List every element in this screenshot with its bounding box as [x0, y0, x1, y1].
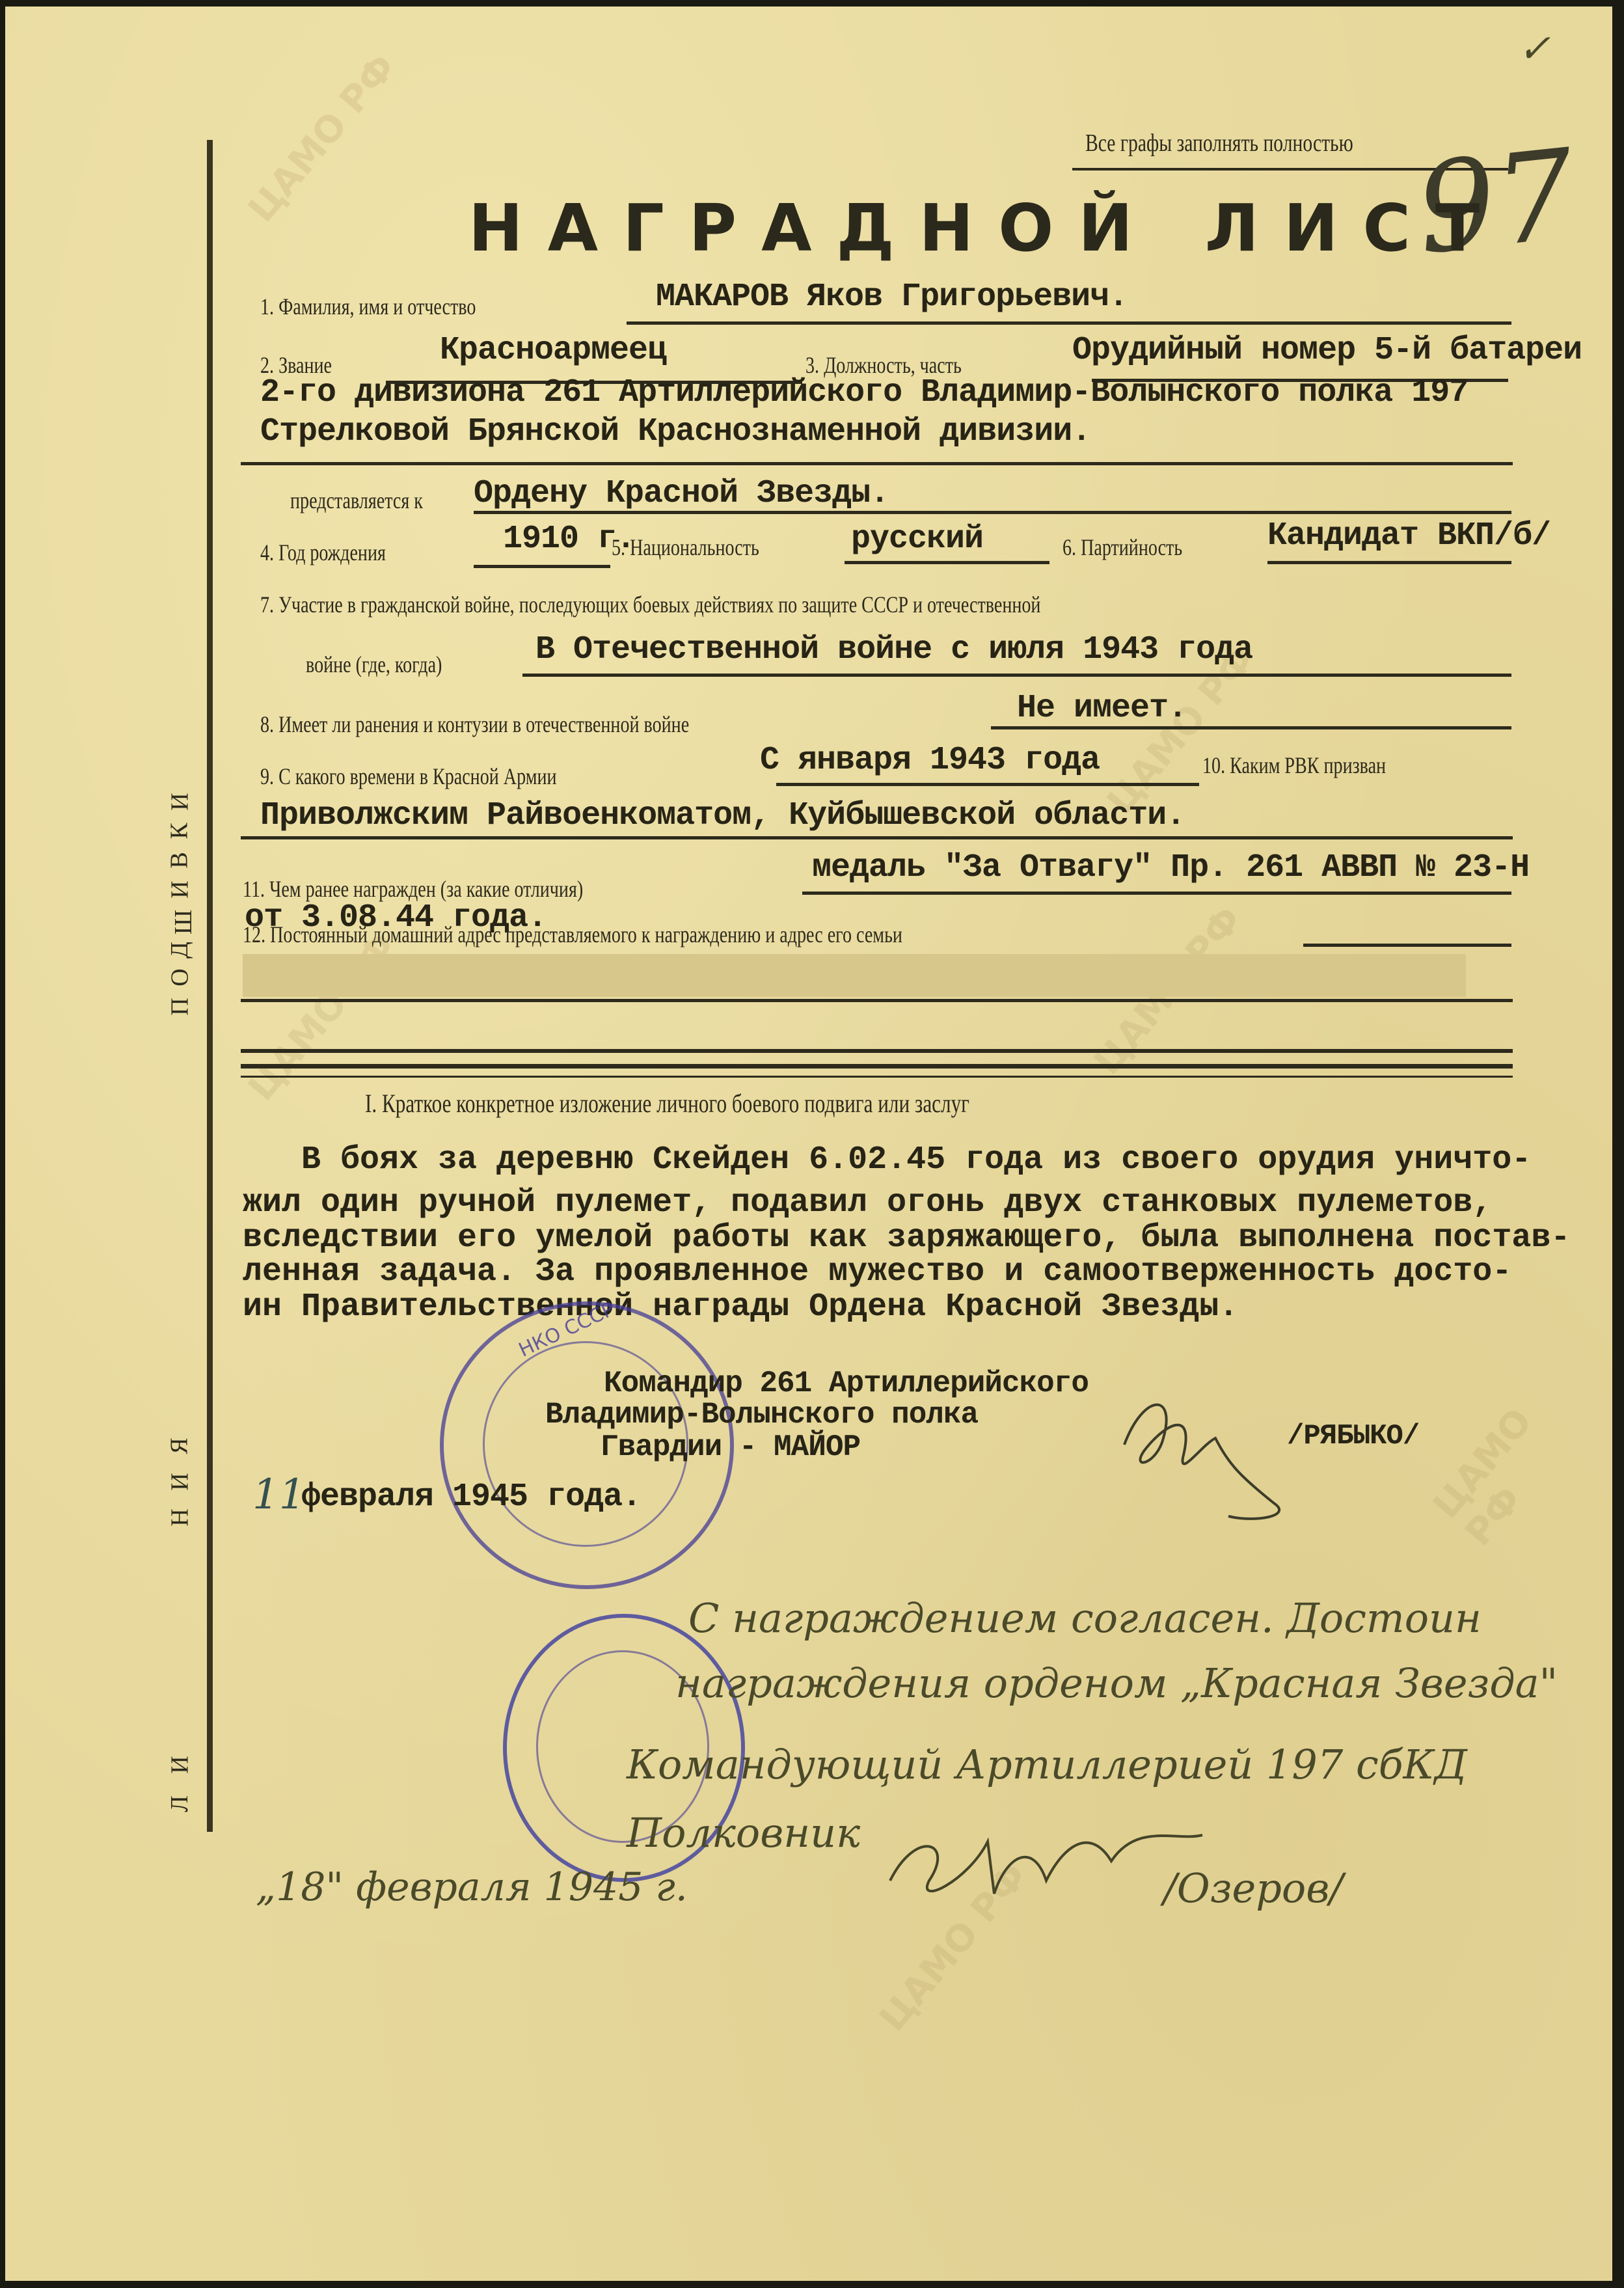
- field-underline: [776, 783, 1199, 786]
- field-value-nationality: русский: [851, 521, 983, 558]
- instruction-text: Все графы заполнять полностью: [1085, 129, 1353, 157]
- watermark: ЦАМО РФ: [240, 46, 404, 230]
- field-value-draft-office: Приволжским Райвоенкоматом, Куйбышевской…: [260, 797, 1185, 834]
- field-label-war-participation-line2: войне (где, когда): [306, 651, 442, 678]
- field-value-party: Кандидат ВКП/б/: [1267, 517, 1550, 554]
- citation-line: В боях за деревню Скейден 6.02.45 года и…: [301, 1139, 1531, 1182]
- field-value-name: МАКАРОВ Яков Григорьевич.: [656, 279, 1128, 316]
- field-label-home-address: 12. Постоянный домашний адрес представля…: [243, 921, 902, 948]
- field-label-party: 6. Партийность: [1062, 534, 1182, 561]
- resolution-line: Полковник: [627, 1809, 860, 1857]
- nominated-label: представляется к: [290, 487, 423, 514]
- divider: [241, 1049, 1513, 1053]
- field-label-birth-year: 4. Год рождения: [260, 539, 386, 566]
- citation-line: ин Правительственной награды Ордена Крас…: [243, 1286, 1238, 1329]
- commander-name: /РЯБЫКО/: [1287, 1420, 1419, 1452]
- field-label-nationality: 5. Национальность: [612, 534, 759, 561]
- resolution-signer-name: /Озеров/: [1163, 1864, 1343, 1912]
- field-underline: [241, 836, 1513, 839]
- nominated-value: Ордену Красной Звезды.: [474, 475, 889, 512]
- field-value-prior-awards: медаль "За Отвагу" Пр. 261 АВВП № 23-Н: [812, 849, 1529, 886]
- field-label-prior-awards: 11. Чем ранее награжден (за какие отличи…: [243, 875, 583, 903]
- field-value-rank: Красноармеец: [440, 332, 666, 369]
- award-sheet-page: ЦАМО РФ ЦАМО РФ ЦАМО РФ ЦАМО РФ ЦАМО РФ …: [5, 7, 1612, 2281]
- watermark: ЦАМО РФ: [1425, 1355, 1611, 1554]
- date-day-handwritten: 11: [252, 1471, 305, 1519]
- commander-title-line: Командир 261 Артиллерийского: [604, 1367, 1089, 1400]
- field-label-wounds: 8. Имеет ли ранения и контузии в отечест…: [260, 711, 689, 738]
- resolution-line: Командующий Артиллерией 197 сбКД: [627, 1741, 1467, 1788]
- field-underline: [991, 726, 1511, 729]
- field-underline: [1303, 944, 1511, 947]
- resolution-line: С награждением согласен. Достоин: [688, 1594, 1482, 1642]
- field-underline: [627, 321, 1511, 325]
- resolution-line: награждения орденом „Красная Звезда": [675, 1659, 1558, 1707]
- section-heading: I. Краткое конкретное изложение личного …: [365, 1088, 969, 1119]
- field-underline: [845, 561, 1049, 564]
- field-underline: [241, 462, 1513, 465]
- field-underline: [522, 674, 1511, 677]
- commander-title-line: Владимир-Волынского полка: [545, 1398, 978, 1432]
- date-typed: февраля 1945 года.: [301, 1478, 641, 1516]
- divider: [241, 1064, 1513, 1069]
- redacted-address: [243, 954, 1466, 997]
- page-title: НАГРАДНОЙ ЛИСТ: [468, 190, 1504, 266]
- field-underline: [802, 892, 1511, 895]
- field-underline: [474, 511, 1511, 514]
- check-mark-icon: ✓: [1518, 26, 1550, 72]
- field-underline: [241, 999, 1513, 1002]
- commander-title-line: Гвардии - МАЙОР: [601, 1430, 860, 1464]
- field-label-war-participation: 7. Участие в гражданской войне, последую…: [260, 591, 1040, 618]
- field-value-position: Орудийный номер 5-й батареи: [1072, 332, 1582, 369]
- field-underline: [474, 565, 610, 568]
- binding-line: [207, 140, 213, 1832]
- field-value-wounds: Не имеет.: [1017, 690, 1187, 727]
- field-label-name: 1. Фамилия, имя и отчество: [260, 293, 476, 320]
- field-underline: [1267, 561, 1511, 564]
- field-label-army-since: 9. С какого времени в Красной Армии: [260, 763, 557, 790]
- field-value-war-participation: В Отечественной войне с июля 1943 года: [535, 631, 1252, 668]
- field-label-draft-office: 10. Каким РВК призван: [1202, 752, 1386, 779]
- divider: [241, 1076, 1513, 1078]
- resolution-date: „18" февраля 1945 г.: [256, 1864, 688, 1910]
- field-value-position-line3: Стрелковой Брянской Краснознаменной диви…: [260, 413, 1090, 450]
- field-value-army-since: С января 1943 года: [760, 742, 1100, 779]
- watermark: ЦАМО РФ: [240, 925, 404, 1109]
- field-value-position-line2: 2-го дивизиона 261 Артиллерийского Влади…: [260, 374, 1468, 411]
